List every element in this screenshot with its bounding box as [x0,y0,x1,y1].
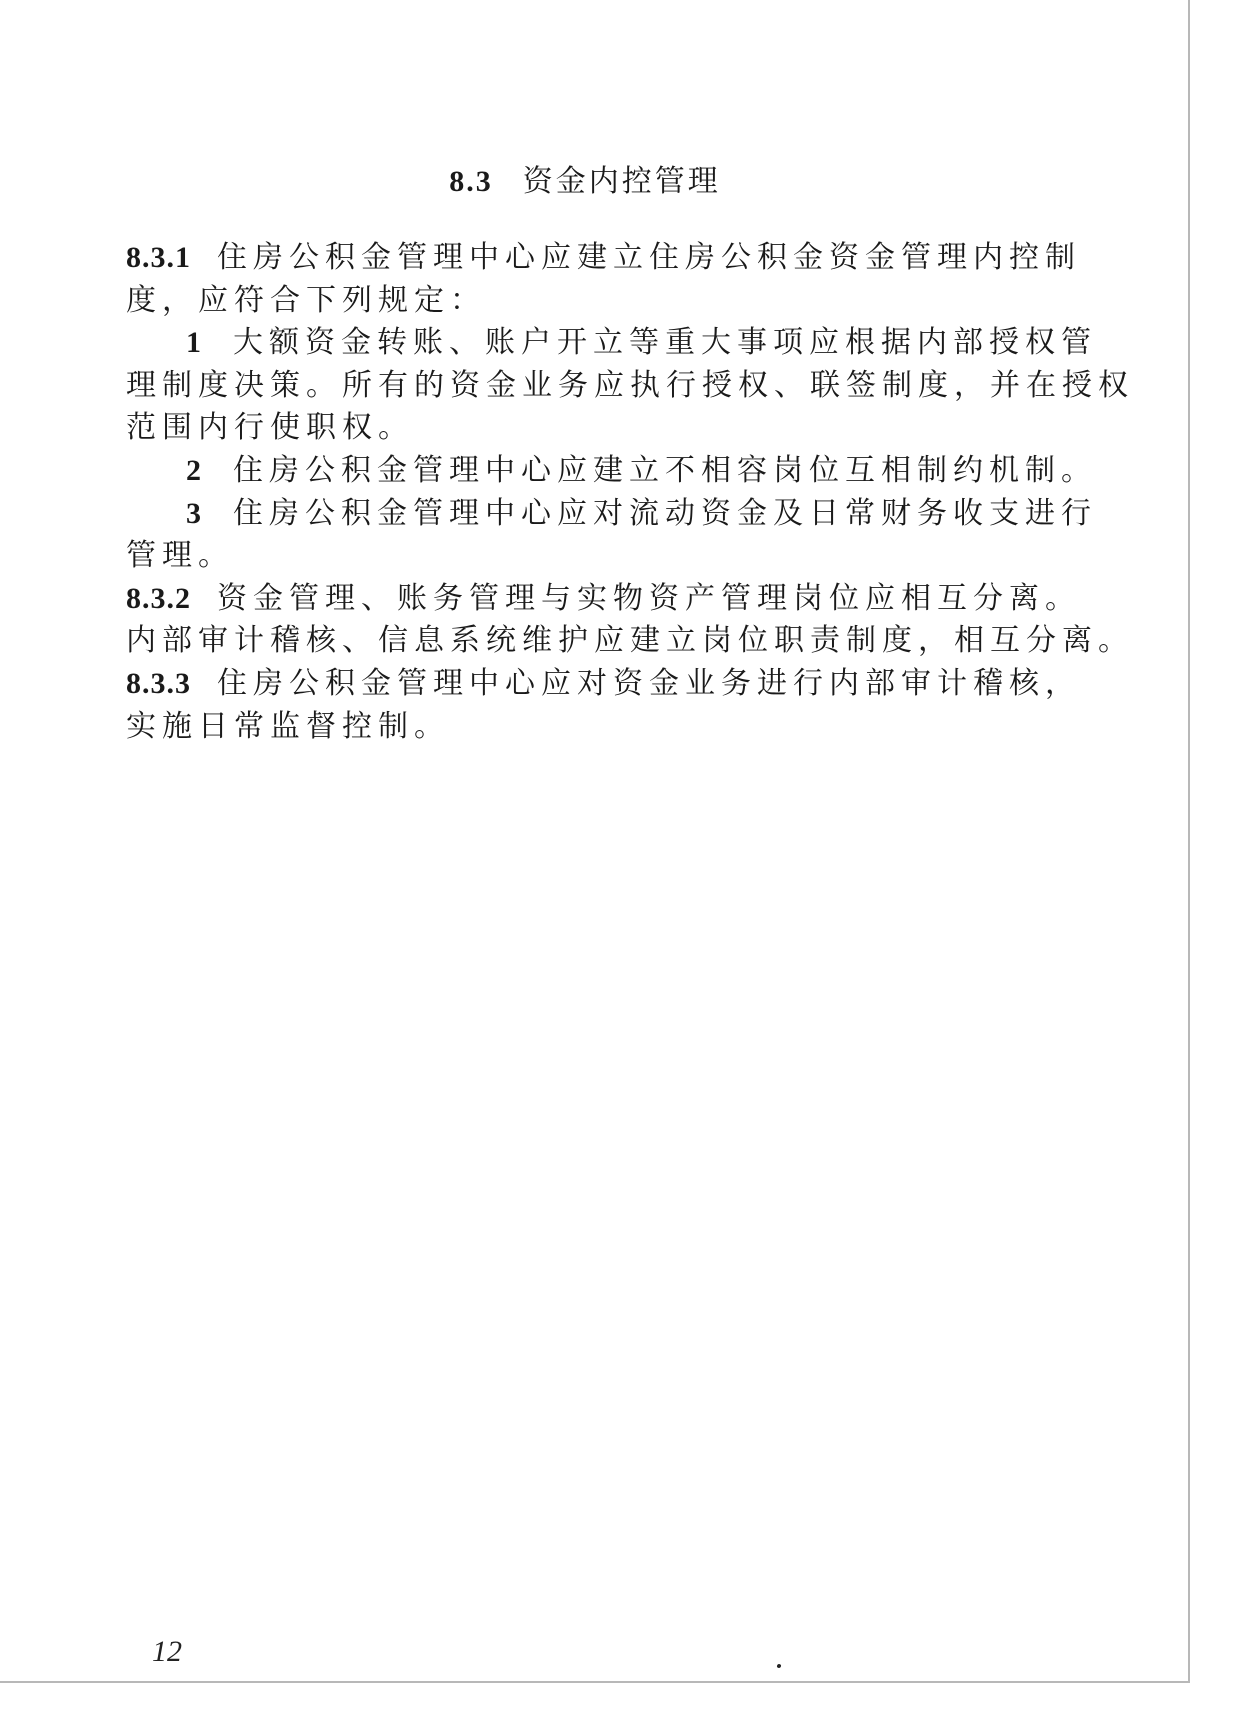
section-title: 资金内控管理 [523,164,721,199]
item-text: 住房公积金管理中心应对流动资金及日常财务收支进行 [233,496,1097,531]
clause-8-3-3-line-2: 实施日常监督控制。 [126,706,1056,749]
clause-8-3-2-line-1: 8.3.2资金管理、账务管理与实物资产管理岗位应相互分离。 [126,578,1056,621]
clause-number: 8.3.1 [126,241,191,274]
clause-8-3-1-line-1: 8.3.1住房公积金管理中心应建立住房公积金资金管理内控制 [126,237,1056,280]
clause-number: 8.3.2 [126,582,191,615]
section-heading: 8.3资金内控管理 [0,162,1170,202]
item-text: 住房公积金管理中心应建立不相容岗位互相制约机制。 [233,453,1097,488]
item-number: 3 [186,497,207,530]
item-number: 2 [186,454,207,487]
page-number: 12 [152,1634,182,1670]
clause-8-3-1-line-2: 度，应符合下列规定： [126,280,1056,323]
item-1-line-2: 理制度决策。所有的资金业务应执行授权、联签制度，并在授权 [126,365,1056,408]
item-number: 1 [186,326,207,359]
clause-text: 实施日常监督控制。 [126,709,450,744]
clause-8-3-2-line-2: 内部审计稽核、信息系统维护应建立岗位职责制度，相互分离。 [126,620,1056,663]
clause-8-3-3-line-1: 8.3.3住房公积金管理中心应对资金业务进行内部审计稽核， [126,663,1056,706]
item-text: 管理。 [126,538,234,573]
item-3-line-2: 管理。 [126,535,1056,578]
clause-text: 住房公积金管理中心应对资金业务进行内部审计稽核， [217,666,1081,701]
clause-text: 住房公积金管理中心应建立住房公积金资金管理内控制 [217,240,1081,275]
item-text: 范围内行使职权。 [126,410,414,445]
clause-number: 8.3.3 [126,667,191,700]
item-1-line-3: 范围内行使职权。 [126,407,1056,450]
item-text: 大额资金转账、账户开立等重大事项应根据内部授权管 [233,325,1097,360]
item-3-line-1: 3住房公积金管理中心应对流动资金及日常财务收支进行 [126,493,1056,536]
item-2-line-1: 2住房公积金管理中心应建立不相容岗位互相制约机制。 [126,450,1056,493]
clause-text: 度，应符合下列规定： [126,283,486,318]
item-1-line-1: 1大额资金转账、账户开立等重大事项应根据内部授权管 [126,322,1056,365]
clause-text: 资金管理、账务管理与实物资产管理岗位应相互分离。 [217,581,1081,616]
item-text: 理制度决策。所有的资金业务应执行授权、联签制度，并在授权 [126,368,1134,403]
clause-text: 内部审计稽核、信息系统维护应建立岗位职责制度，相互分离。 [126,623,1134,658]
section-number: 8.3 [449,165,493,198]
document-body: 8.3.1住房公积金管理中心应建立住房公积金资金管理内控制 度，应符合下列规定：… [126,237,1056,748]
